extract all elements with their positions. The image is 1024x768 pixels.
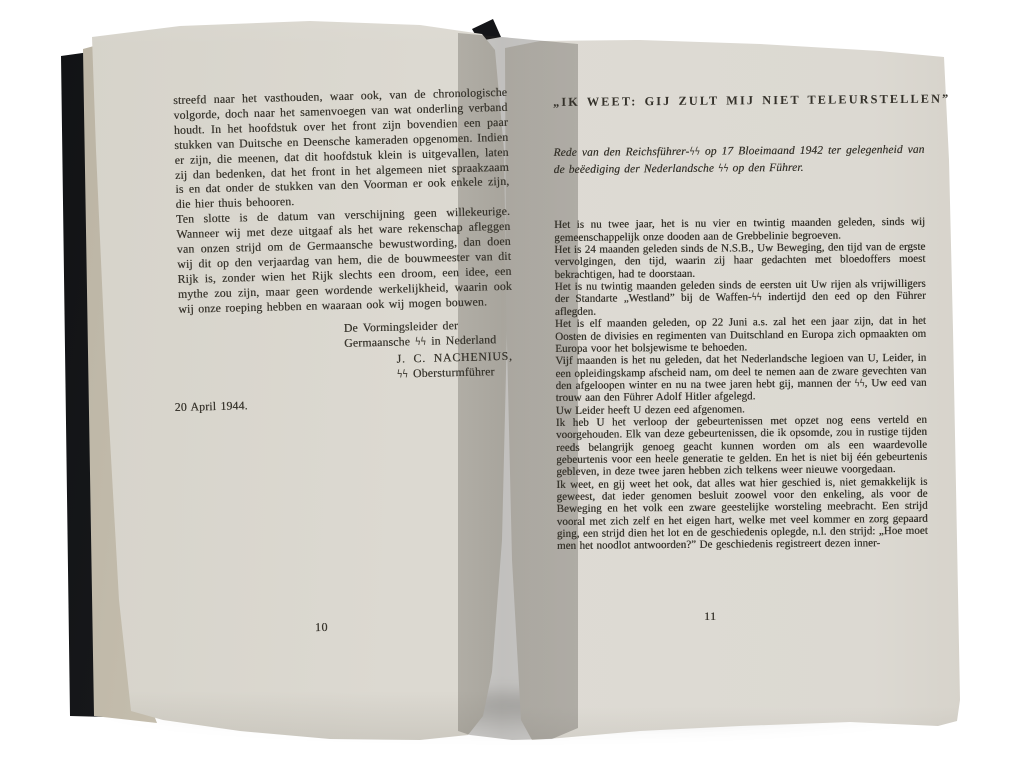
right-page-number: 11 — [704, 609, 717, 624]
signature-role-line: Germaansche ϟϟ in Nederland — [344, 332, 513, 351]
right-page-paragraph: Het is elf maanden geleden, op 22 Juni a… — [555, 315, 926, 355]
book-photo: streefd naar het vasthouden, waar ook, v… — [0, 0, 1024, 768]
right-page-text: „IK WEET: GIJ ZULT MIJ NIET TELEURSTELLE… — [553, 92, 928, 553]
right-page-paragraph: Ik weet, en gij weet het ook, dat alles … — [556, 475, 928, 552]
chapter-subtitle: Rede van den Reichsführer-ϟϟ op 17 Bloei… — [553, 142, 924, 180]
left-page-paragraph: streefd naar het vasthouden, waar ook, v… — [173, 85, 510, 212]
chapter-heading: „IK WEET: GIJ ZULT MIJ NIET TELEURSTELLE… — [553, 92, 924, 110]
right-page-paragraph: Het is nu twintig maanden geleden sinds … — [555, 278, 926, 318]
left-page-text: streefd naar het vasthouden, waar ook, v… — [173, 85, 515, 415]
right-page-paragraph: Ik heb U het verloop der gebeurtenissen … — [556, 414, 928, 479]
right-page-body: Het is nu twee jaar, het is nu vier en t… — [554, 216, 928, 553]
signature-block: De Vormingsleider der Germaansche ϟϟ in … — [344, 316, 514, 383]
left-page-paragraph: Ten slotte is de datum van verschijning … — [176, 204, 512, 316]
left-page-number: 10 — [315, 620, 328, 635]
signature-name-block: J. C. NACHENIUS, ϟϟ Obersturmführer — [396, 349, 514, 382]
right-page-paragraph: Het is nu twee jaar, het is nu vier en t… — [554, 216, 925, 244]
right-page-paragraph: Vijf maanden is het nu geleden, dat het … — [555, 352, 926, 405]
signature-name: J. C. NACHENIUS, — [396, 349, 513, 367]
signature-rank: ϟϟ Obersturmführer — [397, 364, 514, 382]
right-page-paragraph: Het is 24 maanden geleden sinds de N.S.B… — [554, 241, 925, 281]
